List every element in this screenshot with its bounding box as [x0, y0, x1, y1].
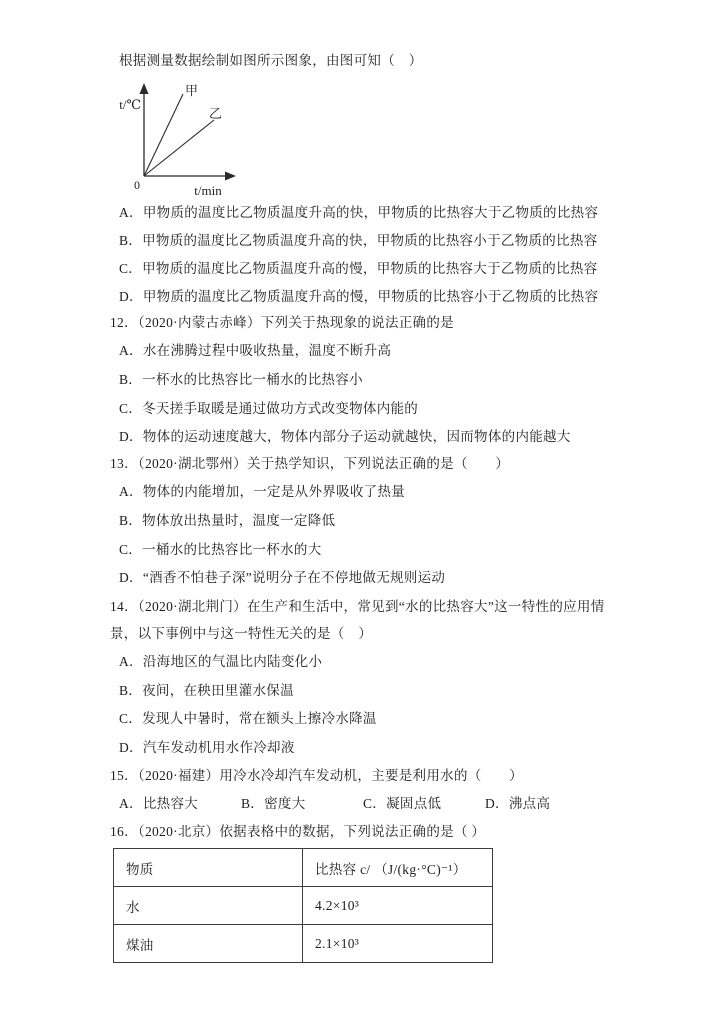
- question-16-stem: 16．（2020·北京）依据表格中的数据，下列说法正确的是（ ）: [110, 822, 485, 841]
- question-11-option-b: B．甲物质的温度比乙物质温度升高的快，甲物质的比热容小于乙物质的比热容: [119, 231, 598, 250]
- question-14-stem-line1: 14．（2020·湖北荆门）在生产和生活中，常见到“水的比热容大”这一特性的应用…: [110, 597, 605, 616]
- temperature-time-graph: t/℃ 甲 乙 0 t/min: [108, 82, 258, 202]
- question-13-option-a: A．物体的内能增加，一定是从外界吸收了热量: [119, 482, 405, 501]
- origin-label: 0: [134, 178, 140, 192]
- line-yi-label: 乙: [209, 106, 222, 121]
- question-12-option-d: D．物体的运动速度越大，物体内部分子运动就越快，因而物体的内能越大: [119, 427, 571, 446]
- specific-heat-table: 物质 比热容 c/ （J/(kg·°C)⁻¹） 水 4.2×10³ 煤油 2.1…: [113, 848, 493, 963]
- question-12-option-a: A．水在沸腾过程中吸收热量，温度不断升高: [119, 341, 391, 360]
- table-header-specific-heat: 比热容 c/ （J/(kg·°C)⁻¹）: [303, 849, 493, 887]
- question-15-option-d: D．沸点高: [485, 794, 550, 813]
- question-11-option-c: C．甲物质的温度比乙物质温度升高的慢，甲物质的比热容大于乙物质的比热容: [119, 259, 598, 278]
- line-yi: [144, 120, 214, 176]
- table-header-substance: 物质: [114, 849, 303, 887]
- table-header-row: 物质 比热容 c/ （J/(kg·°C)⁻¹）: [114, 849, 493, 887]
- x-axis-arrow-icon: [225, 172, 236, 181]
- question-12-stem: 12．（2020·内蒙古赤峰）下列关于热现象的说法正确的是: [110, 313, 454, 332]
- question-14-option-b: B．夜间，在秧田里灌水保温: [119, 681, 294, 700]
- y-axis-arrow-icon: [140, 83, 149, 94]
- question-12-option-c: C．冬天搓手取暖是通过做功方式改变物体内能的: [119, 399, 418, 418]
- table-row-kerosene: 煤油 2.1×10³: [114, 925, 493, 963]
- question-13-option-b: B．物体放出热量时，温度一定降低: [119, 511, 335, 530]
- cell-water-value: 4.2×10³: [303, 887, 493, 925]
- question-13-option-d: D．“酒香不怕巷子深”说明分子在不停地做无规则运动: [119, 568, 445, 587]
- table-row-water: 水 4.2×10³: [114, 887, 493, 925]
- line-jia: [144, 94, 183, 176]
- question-15-stem: 15．（2020·福建）用冷水冷却汽车发动机，主要是利用水的（ ）: [110, 766, 523, 785]
- line-jia-label: 甲: [185, 83, 198, 98]
- question-14-option-a: A．沿海地区的气温比内陆变化小: [119, 652, 322, 671]
- question-11-stem: 根据测量数据绘制如图所示图象，由图可知（ ）: [119, 51, 423, 70]
- question-13-stem: 13．（2020·湖北鄂州）关于热学知识，下列说法正确的是（ ）: [110, 454, 509, 473]
- question-11-option-d: D．甲物质的温度比乙物质温度升高的慢，甲物质的比热容小于乙物质的比热容: [119, 287, 598, 306]
- question-12-option-b: B．一杯水的比热容比一桶水的比热容小: [119, 370, 363, 389]
- cell-kerosene-name: 煤油: [114, 925, 303, 963]
- question-15-option-b: B．密度大: [241, 794, 306, 813]
- graph-canvas: t/℃ 甲 乙 0 t/min: [108, 82, 258, 202]
- question-14-option-d: D．汽车发动机用水作冷却液: [119, 738, 295, 757]
- question-14-stem-line2: 景，以下事例中与这一特性无关的是（ ）: [110, 624, 372, 643]
- cell-water-name: 水: [114, 887, 303, 925]
- question-14-option-c: C．发现人中暑时，常在额头上擦冷水降温: [119, 709, 377, 728]
- question-11-option-a: A．甲物质的温度比乙物质温度升高的快，甲物质的比热容大于乙物质的比热容: [119, 203, 598, 222]
- x-axis-label: t/min: [194, 183, 222, 198]
- question-15-option-c: C．凝固点低: [363, 794, 441, 813]
- cell-kerosene-value: 2.1×10³: [303, 925, 493, 963]
- question-15-option-a: A．比热容大: [119, 794, 198, 813]
- y-axis-label: t/℃: [119, 97, 141, 112]
- question-13-option-c: C．一桶水的比热容比一杯水的大: [119, 540, 322, 559]
- exam-page: 根据测量数据绘制如图所示图象，由图可知（ ） t/℃ 甲 乙 0 t/min A…: [0, 0, 720, 1019]
